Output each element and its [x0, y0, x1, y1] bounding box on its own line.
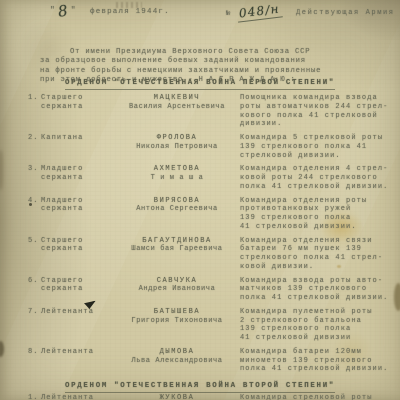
entry-citation: Командира стрелковой роты [240, 394, 392, 400]
left-edge-smudge [0, 150, 3, 190]
entry-surname: ФРОЛОВА [114, 134, 240, 143]
quote-mark: " [71, 6, 77, 15]
entry-number: 6. [28, 277, 41, 286]
entry-number: 5. [28, 237, 41, 246]
entry-name-cell: ЖУКОВА [114, 394, 240, 400]
entry-name-cell: БАГАУТДИНОВАШамси бая Гареевича [114, 237, 240, 272]
entry-name-cell: ВИРЯСОВААнтона Сергеевича [114, 197, 240, 232]
entry-given-name: Василия Арсентьевича [114, 103, 240, 112]
entry-number: 2. [28, 134, 41, 143]
entry-surname: ДЫМОВА [114, 348, 240, 357]
entry-surname: ЖУКОВА [114, 394, 240, 400]
entry-given-name: Григория Тихоновича [114, 317, 240, 326]
right-edge-blot [394, 283, 400, 311]
entry-surname: БАГАУТДИНОВА [114, 237, 240, 246]
entry-surname: ВИРЯСОВА [114, 197, 240, 206]
award-entry-2: 2.Капитана ФРОЛОВАНиколая Петровича Кома… [28, 134, 392, 160]
entry-given-name: Т и м а ш а [114, 174, 240, 183]
entry-rank-cell: 4.Младшего сержанта [28, 197, 114, 232]
entry-citation: Командира 5 стрелковой роты 139 стрелков… [240, 134, 392, 160]
entry-rank: Лейтенанта [41, 348, 94, 357]
entry-rank-cell: 2.Капитана [28, 134, 114, 160]
cutoff-entry-row: 1.Лейтенанта ЖУКОВА Командира стрелковой… [28, 394, 392, 400]
award-entry-6: 6.Старшего сержанта САВЧУКААндрея Иванов… [28, 277, 392, 303]
entry-name-cell: САВЧУКААндрея Ивановича [114, 277, 240, 303]
section-title-text: ОРДЕНОМ "ОТЕЧЕСТВЕННАЯ ВОЙНА ПЕРВОЙ СТЕП… [65, 79, 335, 90]
entry-given-name: Шамси бая Гареевича [114, 245, 240, 254]
entry-rank: Старшего сержанта [41, 94, 83, 112]
award-entry-partial: 1.Лейтенанта ЖУКОВА Командира стрелковой… [28, 394, 392, 400]
entry-surname: САВЧУКА [114, 277, 240, 286]
award-entry-1: 1.Старшего сержанта МАЦКЕВИЧВасилия Арсе… [28, 94, 392, 129]
entry-rank: Лейтенанта [41, 394, 94, 400]
date-day-block: "8" [50, 6, 77, 19]
entry-rank-cell: 6.Старшего сержанта [28, 277, 114, 303]
handwritten-order-number: 048/н [236, 1, 282, 22]
entry-citation: Командира отделения 4 стрел- ковой роты … [240, 165, 392, 191]
entry-number: 3. [28, 165, 41, 174]
entry-number: 8. [28, 348, 41, 357]
award-entry-4: 4.Младшего сержанта ВИРЯСОВААнтона Серге… [28, 197, 392, 232]
entry-rank-cell: 1.Лейтенанта [28, 394, 114, 400]
entry-citation: Командира взвода роты авто- матчиков 139… [240, 277, 392, 303]
document-header-line: "8" февраля 1944г. № 048/н Действующая А… [44, 4, 396, 22]
entry-citation: Командира пулеметной роты 2 стрелкового … [240, 308, 392, 343]
entry-given-name: Антона Сергеевича [114, 205, 240, 214]
entry-name-cell: МАЦКЕВИЧВасилия Арсентьевича [114, 94, 240, 129]
left-edge-blot [0, 341, 4, 357]
entry-number: 4. [28, 197, 41, 206]
entry-rank: Младшего сержанта [41, 165, 83, 183]
entry-citation: Помощника командира взвода роты автоматч… [240, 94, 392, 129]
entry-given-name: Андрея Ивановича [114, 285, 240, 294]
entry-citation: Командира отделения роты противотанковых… [240, 197, 392, 232]
entry-rank: Капитана [41, 134, 83, 143]
number-sign: № [226, 10, 231, 18]
entry-rank: Младшего сержанта [41, 197, 83, 215]
award-entry-7: 7.Лейтенанта БАТЫШЕВАГригория Тихоновича… [28, 308, 392, 343]
entry-citation: Командира батареи 120мм минометов 139 ст… [240, 348, 392, 374]
entry-given-name: Николая Петровича [114, 143, 240, 152]
entry-surname: АХМЕТОВА [114, 165, 240, 174]
entry-rank-cell: 5.Старшего сержанта [28, 237, 114, 272]
entry-name-cell: ДЫМОВАЛьва Александровича [114, 348, 240, 374]
entry-given-name: Льва Александровича [114, 357, 240, 366]
award-entries-list: 1.Старшего сержанта МАЦКЕВИЧВасилия Арсе… [28, 94, 392, 379]
entry-name-cell: БАТЫШЕВАГригория Тихоновича [114, 308, 240, 343]
section-title-text: ОРДЕНОМ "ОТЕЧЕСТВЕННАЯ ВОЙНА ВТОРОЙ СТЕП… [65, 382, 335, 393]
award-entry-8: 8.Лейтенанта ДЫМОВАЛьва Александровича К… [28, 348, 392, 374]
entry-name-cell: АХМЕТОВАТ и м а ш а [114, 165, 240, 191]
active-army-label: Действующая Армия [296, 9, 395, 17]
entry-number: 1. [28, 394, 41, 400]
entry-surname: МАЦКЕВИЧ [114, 94, 240, 103]
entry-rank-cell: 1.Старшего сержанта [28, 94, 114, 129]
entry-rank: Старшего сержанта [41, 277, 83, 295]
entry-rank-cell: 7.Лейтенанта [28, 308, 114, 343]
award-entry-5: 5.Старшего сержанта БАГАУТДИНОВАШамси ба… [28, 237, 392, 272]
order-number-block: № 048/н [226, 4, 282, 20]
entry-number: 7. [28, 308, 41, 317]
section-header-order-first-class: ОРДЕНОМ "ОТЕЧЕСТВЕННАЯ ВОЙНА ПЕРВОЙ СТЕП… [0, 79, 400, 90]
entry-rank: Старшего сержанта [41, 237, 83, 255]
section-header-order-second-class: ОРДЕНОМ "ОТЕЧЕСТВЕННАЯ ВОЙНА ВТОРОЙ СТЕП… [0, 382, 400, 393]
entry-surname: БАТЫШЕВА [114, 308, 240, 317]
entry-rank: Лейтенанта [41, 308, 94, 317]
award-entry-3: 3.Младшего сержанта АХМЕТОВАТ и м а ш а … [28, 165, 392, 191]
entry-rank-cell: 3.Младшего сержанта [28, 165, 114, 191]
typed-date: февраля 1944г. [90, 8, 170, 16]
handwritten-day: 8 [57, 5, 69, 16]
entry-name-cell: ФРОЛОВАНиколая Петровича [114, 134, 240, 160]
entry-rank-cell: 8.Лейтенанта [28, 348, 114, 374]
quote-mark: " [50, 6, 56, 15]
entry-number: 1. [28, 94, 41, 103]
preamble-first-line: От имени Президиума Верховного Совета Со… [40, 48, 370, 58]
scanned-award-order-page: "8" февраля 1944г. № 048/н Действующая А… [0, 0, 400, 400]
entry-citation: Командира отделения связи батареи 76 мм … [240, 237, 392, 272]
